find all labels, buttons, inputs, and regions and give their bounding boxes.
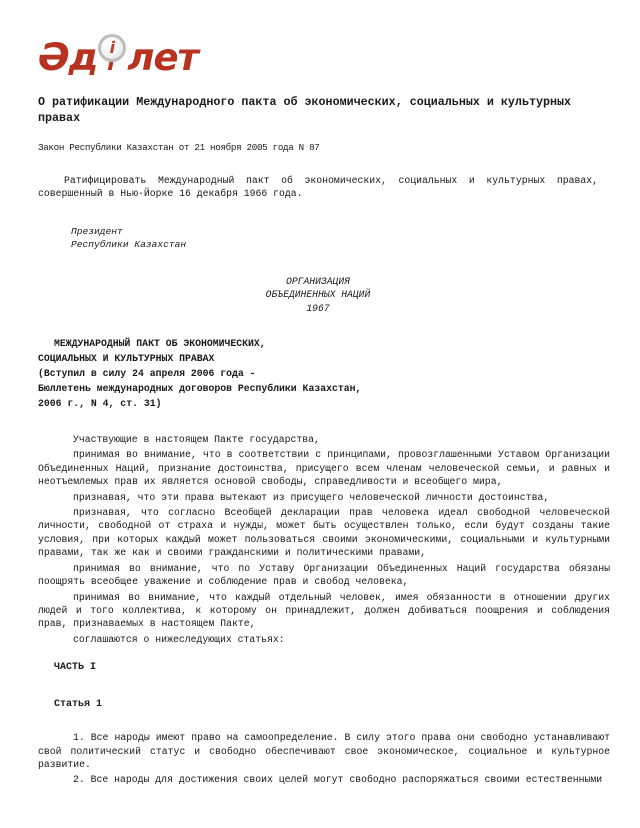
article-paragraph: 1. Все народы имеют право на самоопредел… — [38, 731, 610, 771]
logo-lens-icon: і — [98, 34, 126, 62]
part-heading: ЧАСТЬ I — [38, 661, 612, 674]
pact-heading-line: МЕЖДУНАРОДНЫЙ ПАКТ ОБ ЭКОНОМИЧЕСКИХ, — [38, 336, 612, 351]
preamble-paragraph: признавая, что согласно Всеобщей деклара… — [38, 506, 610, 560]
document-title: О ратификации Международного пакта об эк… — [38, 95, 586, 126]
logo-lens-letter: і — [101, 37, 123, 59]
pact-heading: МЕЖДУНАРОДНЫЙ ПАКТ ОБ ЭКОНОМИЧЕСКИХ, СОЦ… — [38, 336, 612, 411]
pact-heading-line: 2006 г., N 4, ст. 31) — [38, 396, 612, 411]
pact-heading-line: (Вступил в силу 24 апреля 2006 года - — [38, 366, 612, 381]
preamble-paragraph: принимая во внимание, что по Уставу Орга… — [38, 562, 610, 589]
preamble-paragraph: признавая, что эти права вытекают из при… — [38, 491, 610, 504]
signature-title: Президент — [71, 225, 612, 239]
document-page: Әділет О ратификации Международного пакт… — [0, 0, 640, 828]
article-heading: Статья 1 — [38, 698, 612, 711]
un-organization-block: ОРГАНИЗАЦИЯ ОБЪЕДИНЕННЫХ НАЦИЙ 1967 — [38, 275, 598, 315]
adilet-logo[interactable]: Әділет — [38, 34, 198, 82]
preamble-paragraph: Участвующие в настоящем Пакте государств… — [38, 433, 610, 446]
signature-subtitle: Республики Казахстан — [71, 238, 612, 252]
ratification-paragraph: Ратифицировать Международный пакт об эко… — [38, 174, 598, 201]
pact-heading-line: СОЦИАЛЬНЫХ И КУЛЬТУРНЫХ ПРАВАХ — [38, 351, 612, 366]
preamble-paragraph: принимая во внимание, что каждый отдельн… — [38, 591, 610, 631]
signature-block: Президент Республики Казахстан — [38, 225, 612, 252]
un-line: ОРГАНИЗАЦИЯ — [38, 275, 598, 288]
article-body: 1. Все народы имеют право на самоопредел… — [38, 731, 612, 787]
article-paragraph: 2. Все народы для достижения своих целей… — [38, 773, 610, 786]
un-year: 1967 — [38, 302, 598, 315]
preamble-paragraph: принимая во внимание, что в соответствии… — [38, 448, 610, 488]
law-date-line: Закон Республики Казахстан от 21 ноября … — [38, 142, 612, 154]
un-line: ОБЪЕДИНЕННЫХ НАЦИЙ — [38, 288, 598, 301]
logo-text-before: Әд — [38, 36, 97, 79]
preamble-section: Участвующие в настоящем Пакте государств… — [38, 433, 612, 646]
preamble-paragraph: соглашаются о нижеследующих статьях: — [38, 633, 610, 646]
pact-heading-line: Бюллетень международных договоров Респуб… — [38, 381, 612, 396]
logo-text-after: лет — [127, 36, 198, 79]
